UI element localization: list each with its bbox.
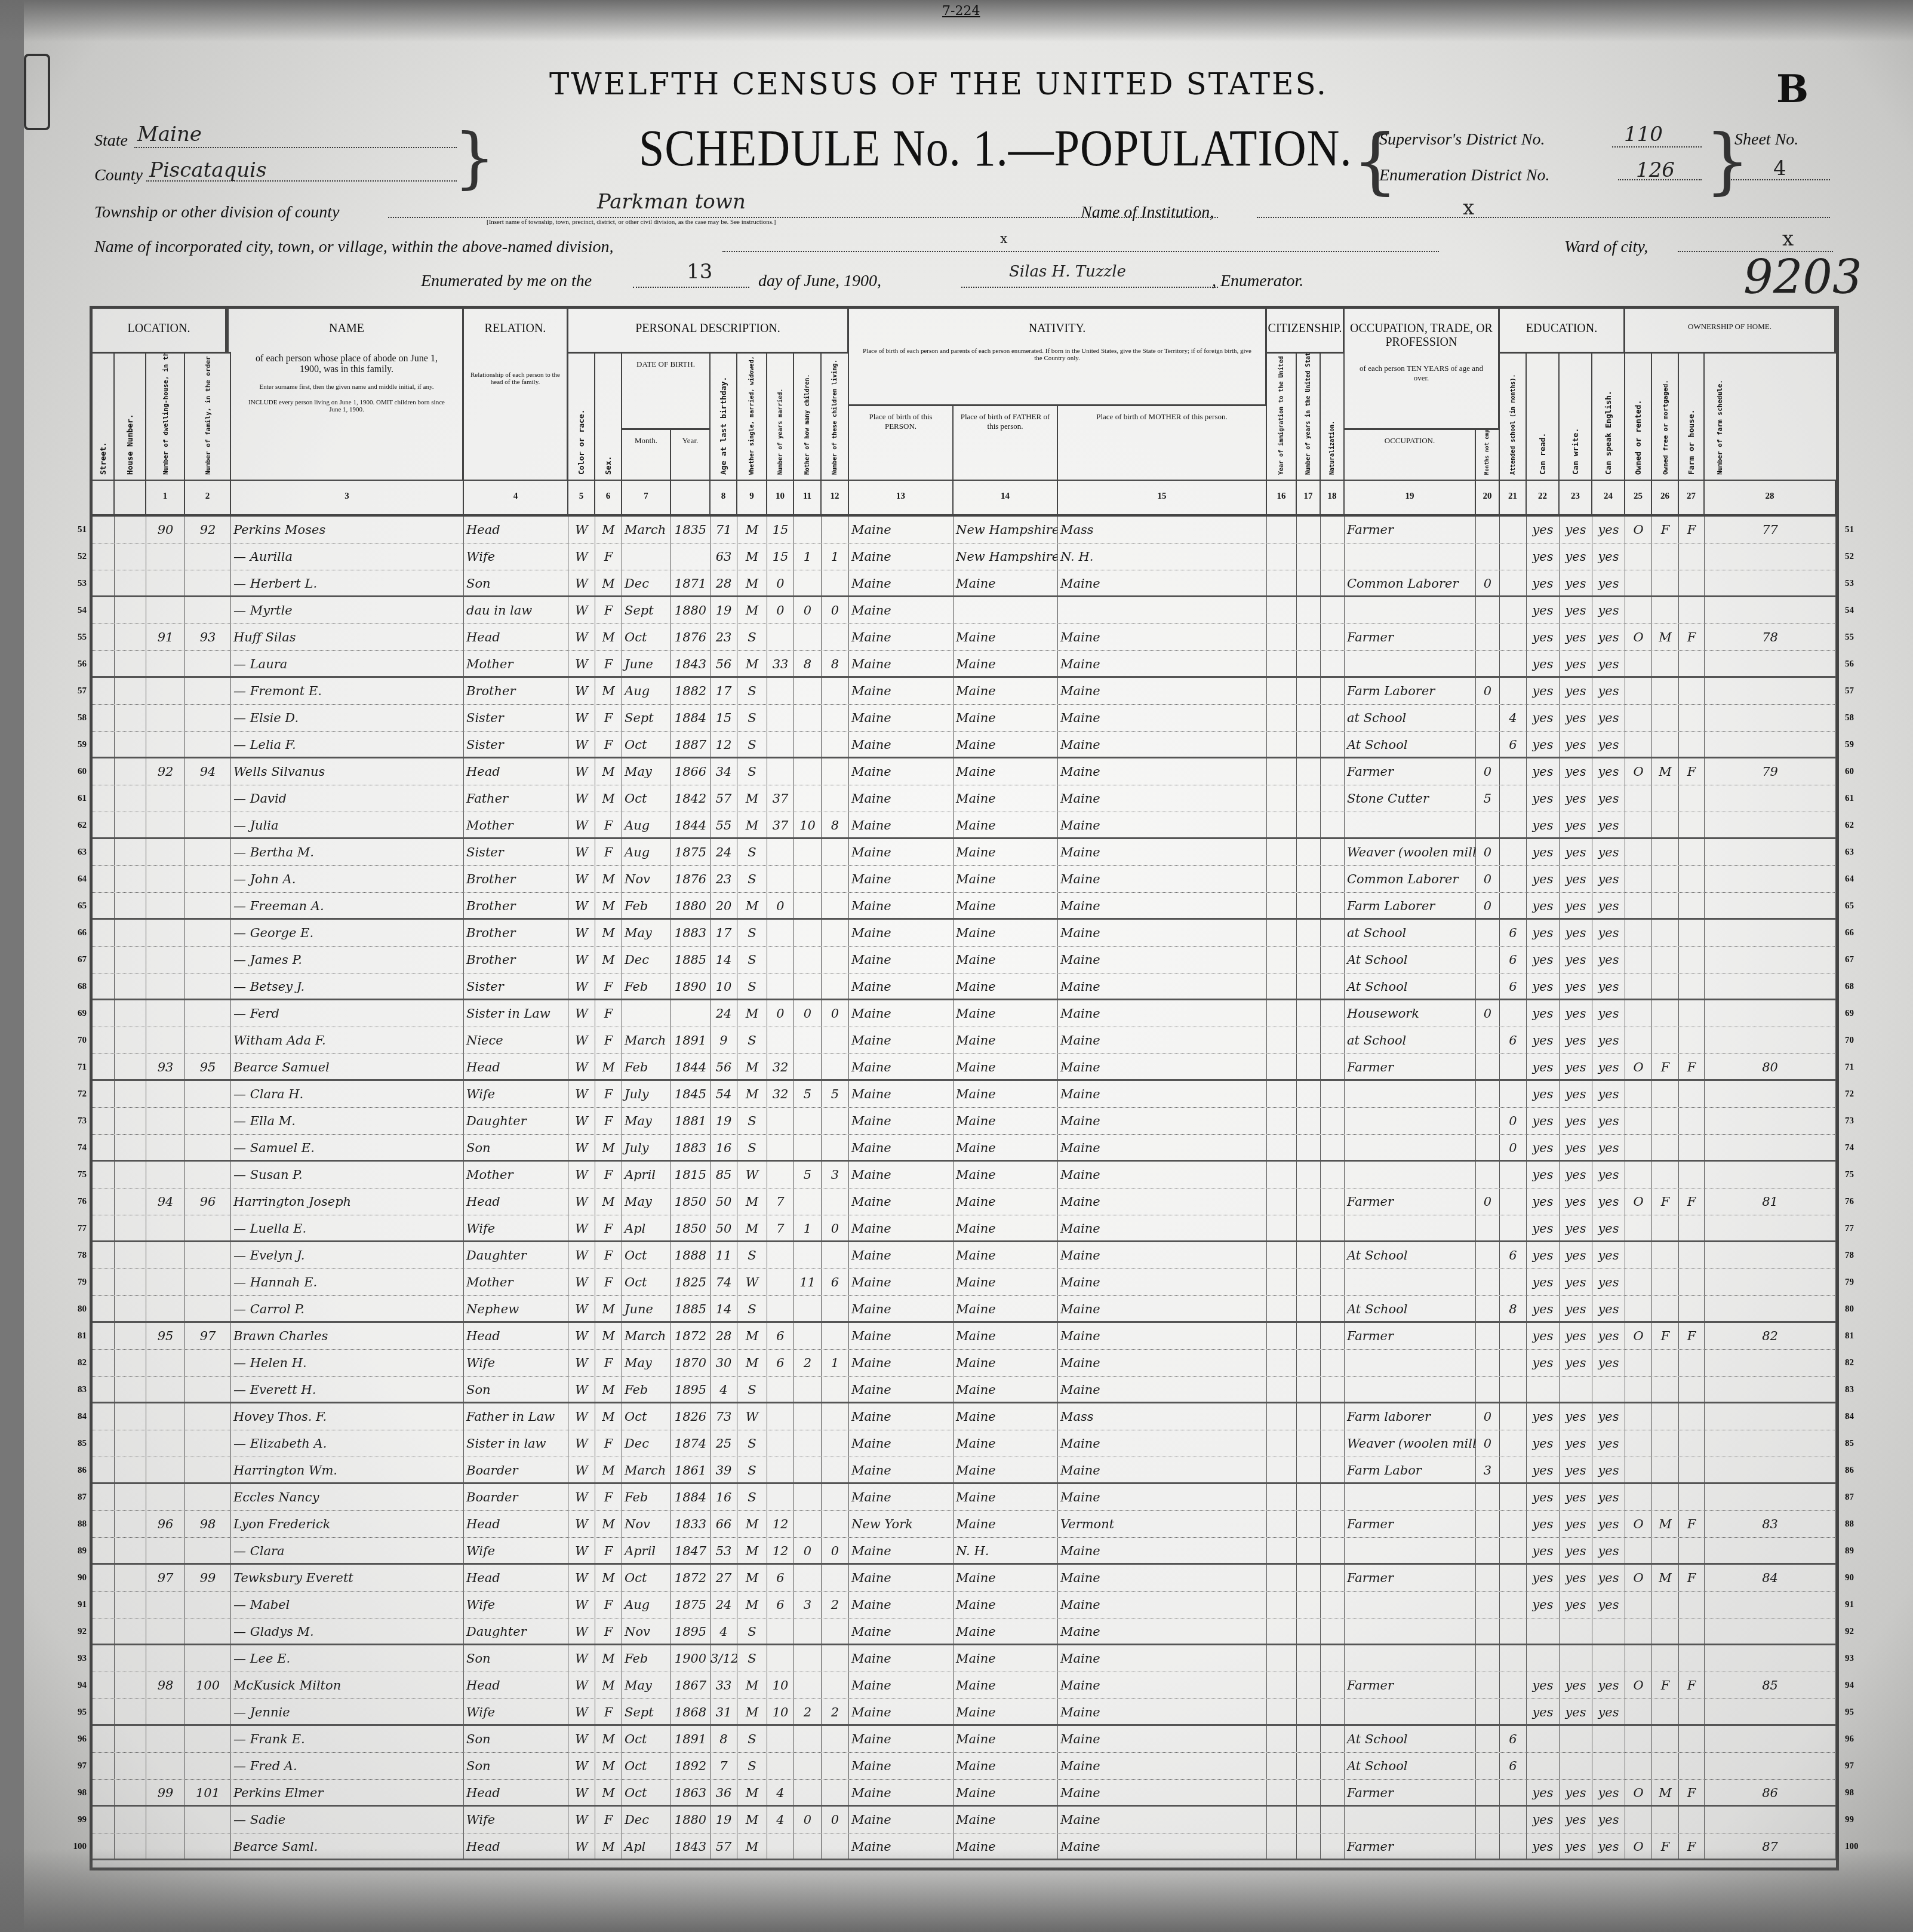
cell-mo [794, 1672, 822, 1698]
cell-unemp: 0 [1476, 839, 1500, 865]
cell-yus [1297, 597, 1321, 623]
cell-nat [1321, 1162, 1345, 1188]
cell-farm [1679, 1242, 1705, 1268]
cell-year: 1842 [671, 785, 711, 812]
cell-fam [185, 1108, 231, 1134]
cell-age: 53 [711, 1538, 737, 1563]
cell-dw [146, 1618, 185, 1644]
cell-pob: Maine [849, 1565, 954, 1591]
cell-rd: yes [1527, 1699, 1560, 1724]
cell-fs [1705, 1027, 1836, 1053]
cell-farm [1679, 1618, 1705, 1644]
cell-nat [1321, 543, 1345, 570]
cell-yus [1297, 1108, 1321, 1134]
cell-yus [1297, 839, 1321, 865]
cell-farm [1679, 1807, 1705, 1833]
cell-occ [1345, 1699, 1476, 1724]
cell-mar: W [737, 1403, 767, 1430]
cell-wr: yes [1560, 1188, 1592, 1215]
cell-own: O [1625, 517, 1652, 543]
cell-rel: Brother [464, 947, 568, 973]
cell-pobm: Maine [1058, 1242, 1267, 1268]
cell-rd: yes [1527, 1457, 1560, 1482]
cell-occ: At School [1345, 973, 1476, 999]
cell-name: — Lee E. [231, 1645, 464, 1672]
cell-imm [1267, 1780, 1297, 1805]
cell-street [93, 1457, 115, 1482]
cell-free [1652, 785, 1679, 812]
cell-mar: S [737, 1296, 767, 1321]
column-number: 18 [1321, 481, 1345, 514]
cell-dw [146, 785, 185, 812]
table-row: — Freeman A.BrotherWMFeb188020M0MaineMai… [93, 893, 1836, 920]
cell-sch [1500, 1592, 1527, 1618]
col-year: Year. [671, 428, 711, 480]
cell-rel: Head [464, 1188, 568, 1215]
cell-occ [1345, 597, 1476, 623]
cell-unemp [1476, 1350, 1500, 1376]
cell-ym: 37 [767, 812, 794, 837]
cell-rel: Son [464, 1753, 568, 1779]
cell-en [1592, 1645, 1625, 1672]
cell-sex: M [595, 1672, 622, 1698]
cell-pob: Maine [849, 1000, 954, 1027]
ward-label: Ward of city, [1564, 238, 1648, 257]
cell-mar: S [737, 1242, 767, 1268]
cell-mar: S [737, 1377, 767, 1402]
cell-pobm: Maine [1058, 732, 1267, 757]
column-number: 12 [822, 481, 849, 514]
cell-sch [1500, 1377, 1527, 1402]
cell-color: W [568, 543, 595, 570]
cell-liv: 0 [822, 597, 849, 623]
cell-fs [1705, 866, 1836, 892]
line-number: 56 [1845, 651, 1881, 678]
cell-mo [794, 973, 822, 999]
cell-sch [1500, 839, 1527, 865]
cell-fs [1705, 1296, 1836, 1321]
line-number-left: 88 [51, 1511, 87, 1538]
cell-year: 1835 [671, 517, 711, 543]
column-number: 5 [568, 481, 595, 514]
cell-fs [1705, 1377, 1836, 1402]
cell-mar: M [737, 893, 767, 918]
cell-pobm: Maine [1058, 1188, 1267, 1215]
cell-age: 24 [711, 1000, 737, 1027]
cell-wr: yes [1560, 1081, 1592, 1107]
cell-street [93, 758, 115, 785]
cell-street [93, 1296, 115, 1321]
cell-occ: Farmer [1345, 1511, 1476, 1537]
cell-wr: yes [1560, 1430, 1592, 1457]
cell-en: yes [1592, 1403, 1625, 1430]
line-number-left: 69 [51, 1000, 87, 1027]
cell-color: W [568, 1484, 595, 1510]
column-number: 28 [1705, 481, 1836, 514]
cell-pobf: Maine [954, 947, 1058, 973]
cell-age: 12 [711, 732, 737, 757]
cell-dw: 90 [146, 517, 185, 543]
cell-nat [1321, 1807, 1345, 1833]
cell-pob: Maine [849, 1807, 954, 1833]
cell-free: F [1652, 1188, 1679, 1215]
cell-house [115, 1672, 146, 1698]
cell-nat [1321, 1000, 1345, 1027]
cell-ym [767, 1457, 794, 1482]
cell-rd: yes [1527, 1511, 1560, 1537]
cell-nat [1321, 1672, 1345, 1698]
cell-yus [1297, 785, 1321, 812]
cell-unemp: 0 [1476, 1430, 1500, 1457]
col-naturalization: Naturalization. [1321, 352, 1345, 480]
cell-en: yes [1592, 1592, 1625, 1618]
cell-dw [146, 893, 185, 918]
cell-pob: Maine [849, 1135, 954, 1160]
cell-wr: yes [1560, 517, 1592, 543]
cell-free [1652, 947, 1679, 973]
cell-name: — Bertha M. [231, 839, 464, 865]
cell-pob: Maine [849, 839, 954, 865]
cell-age: 15 [711, 705, 737, 731]
cell-unemp [1476, 1807, 1500, 1833]
cell-own [1625, 1027, 1652, 1053]
cell-year: 1872 [671, 1323, 711, 1349]
cell-color: W [568, 1054, 595, 1079]
cell-age: 17 [711, 678, 737, 704]
line-number: 65 [1845, 893, 1881, 920]
cell-en: yes [1592, 1807, 1625, 1833]
form-number: 7-224 [942, 4, 980, 19]
cell-free [1652, 732, 1679, 757]
cell-wr: yes [1560, 920, 1592, 946]
cell-pob: Maine [849, 1108, 954, 1134]
enumeration-value: 126 [1636, 158, 1675, 182]
cell-month: Feb [622, 893, 671, 918]
cell-ym [767, 973, 794, 999]
cell-mo: 10 [794, 812, 822, 837]
cell-color: W [568, 920, 595, 946]
cell-pobm: Maine [1058, 1538, 1267, 1563]
cell-occ: Farmer [1345, 1054, 1476, 1079]
cell-mo [794, 1242, 822, 1268]
cell-name: — James P. [231, 947, 464, 973]
cell-farm [1679, 1457, 1705, 1482]
cell-rel: dau in law [464, 597, 568, 623]
cell-name: — Samuel E. [231, 1135, 464, 1160]
line-number: 79 [1845, 1269, 1881, 1296]
cell-pobm: Maine [1058, 1807, 1267, 1833]
cell-fs [1705, 812, 1836, 837]
col-write: Can write. [1560, 352, 1592, 480]
column-number: 27 [1679, 481, 1705, 514]
cell-en: yes [1592, 1215, 1625, 1240]
cell-mo [794, 1054, 822, 1079]
cell-pob: Maine [849, 517, 954, 543]
col-living: Number of these children living. [822, 352, 849, 480]
cell-house [115, 1753, 146, 1779]
cell-fam [185, 839, 231, 865]
cell-farm: F [1679, 517, 1705, 543]
cell-fs [1705, 597, 1836, 623]
cell-nat [1321, 678, 1345, 704]
cell-farm [1679, 651, 1705, 676]
cell-ym [767, 1027, 794, 1053]
cell-fam [185, 920, 231, 946]
cell-age: 56 [711, 1054, 737, 1079]
cell-name: McKusick Milton [231, 1672, 464, 1698]
cell-color: W [568, 1645, 595, 1672]
cell-color: W [568, 1538, 595, 1563]
cell-fam [185, 1135, 231, 1160]
cell-imm [1267, 758, 1297, 785]
cell-ym [767, 732, 794, 757]
cell-rel: Wife [464, 543, 568, 570]
cell-occ: Housework [1345, 1000, 1476, 1027]
cell-en: yes [1592, 1323, 1625, 1349]
cell-rel: Daughter [464, 1242, 568, 1268]
cell-own [1625, 1457, 1652, 1482]
cell-rel: Son [464, 1135, 568, 1160]
cell-fs [1705, 1618, 1836, 1644]
cell-year: 1872 [671, 1565, 711, 1591]
cell-name: — Gladys M. [231, 1618, 464, 1644]
cell-mo: 0 [794, 1807, 822, 1833]
cell-mo [794, 1780, 822, 1805]
cell-dw [146, 973, 185, 999]
cell-pobm: Maine [1058, 1000, 1267, 1027]
cell-month: Oct [622, 1242, 671, 1268]
cell-liv: 2 [822, 1592, 849, 1618]
cell-month: June [622, 651, 671, 676]
cell-rel: Son [464, 570, 568, 595]
cell-unemp [1476, 1296, 1500, 1321]
cell-street [93, 920, 115, 946]
stamp-number: 9203 [1743, 251, 1862, 305]
cell-pobf: Maine [954, 866, 1058, 892]
cell-nat [1321, 1726, 1345, 1752]
line-number: 52 [1845, 543, 1881, 570]
cell-house [115, 1618, 146, 1644]
cell-unemp [1476, 920, 1500, 946]
cell-fs: 84 [1705, 1565, 1836, 1591]
column-number-row: 1234567891011121314151617181920212223242… [93, 480, 1836, 517]
cell-wr: yes [1560, 651, 1592, 676]
cell-color: W [568, 1350, 595, 1376]
cell-name: — Carrol P. [231, 1296, 464, 1321]
cell-year: 1875 [671, 839, 711, 865]
cell-wr: yes [1560, 1807, 1592, 1833]
cell-ym [767, 1162, 794, 1188]
line-number: 78 [1845, 1242, 1881, 1269]
line-number-left: 53 [51, 570, 87, 597]
cell-pob: Maine [849, 1323, 954, 1349]
cell-rd [1527, 1645, 1560, 1672]
cell-unemp: 0 [1476, 678, 1500, 704]
cell-dw [146, 678, 185, 704]
cell-mar: M [737, 1323, 767, 1349]
cell-house [115, 597, 146, 623]
cell-sex: F [595, 1108, 622, 1134]
cell-yus [1297, 920, 1321, 946]
cell-en: yes [1592, 893, 1625, 918]
line-number: 90 [1845, 1565, 1881, 1592]
cell-fs [1705, 1726, 1836, 1752]
col-immigration: Year of immigration to the United States… [1267, 352, 1297, 480]
col-farm: Farm or house. [1679, 352, 1705, 480]
cell-fam: 100 [185, 1672, 231, 1698]
cell-rel: Daughter [464, 1108, 568, 1134]
cell-farm [1679, 1538, 1705, 1563]
cell-sex: F [595, 1484, 622, 1510]
cell-fam [185, 1081, 231, 1107]
cell-house [115, 785, 146, 812]
cell-imm [1267, 1457, 1297, 1482]
cell-nat [1321, 1081, 1345, 1107]
cell-name: — Everett H. [231, 1377, 464, 1402]
cell-liv [822, 570, 849, 595]
cell-color: W [568, 1135, 595, 1160]
cell-fam [185, 1699, 231, 1724]
cell-sex: M [595, 947, 622, 973]
cell-year: 1876 [671, 624, 711, 650]
cell-imm [1267, 1807, 1297, 1833]
cell-sch [1500, 1618, 1527, 1644]
cell-ym: 4 [767, 1780, 794, 1805]
cell-occ [1345, 1807, 1476, 1833]
cell-pob: Maine [849, 1780, 954, 1805]
cell-sex: M [595, 1188, 622, 1215]
cell-age: 14 [711, 1296, 737, 1321]
cell-ym: 15 [767, 543, 794, 570]
cell-own [1625, 920, 1652, 946]
col-color: Color or race. [568, 352, 595, 480]
cell-nat [1321, 1511, 1345, 1537]
cell-own [1625, 839, 1652, 865]
cell-name: — John A. [231, 866, 464, 892]
cell-farm [1679, 597, 1705, 623]
cell-sex: M [595, 1323, 622, 1349]
cell-occ [1345, 1618, 1476, 1644]
cell-pobf: Maine [954, 812, 1058, 837]
cell-mar: M [737, 1054, 767, 1079]
cell-sch [1500, 1430, 1527, 1457]
cell-wr: yes [1560, 1538, 1592, 1563]
cell-month: Oct [622, 1565, 671, 1591]
cell-year: 1885 [671, 947, 711, 973]
cell-age: 27 [711, 1565, 737, 1591]
cell-ym: 12 [767, 1511, 794, 1537]
cell-street [93, 1807, 115, 1833]
cell-house [115, 1377, 146, 1402]
cell-age: 39 [711, 1457, 737, 1482]
cell-wr: yes [1560, 1054, 1592, 1079]
line-number-left: 57 [51, 678, 87, 705]
cell-fs [1705, 1592, 1836, 1618]
cell-sch [1500, 1323, 1527, 1349]
cell-fs [1705, 1484, 1836, 1510]
cell-dw: 97 [146, 1565, 185, 1591]
cell-house [115, 1592, 146, 1618]
cell-name: — Helen H. [231, 1350, 464, 1376]
cell-dw [146, 1457, 185, 1482]
cell-free: M [1652, 624, 1679, 650]
cell-color: W [568, 705, 595, 731]
cell-ym [767, 1135, 794, 1160]
cell-occ: Farmer [1345, 1188, 1476, 1215]
cell-mar: S [737, 732, 767, 757]
cell-fs [1705, 1699, 1836, 1724]
cell-mo [794, 1296, 822, 1321]
cell-pob: Maine [849, 624, 954, 650]
cell-mo [794, 1188, 822, 1215]
cell-unemp [1476, 1323, 1500, 1349]
table-row: 9294Wells SilvanusHeadWMMay186634SMaineM… [93, 758, 1836, 785]
cell-year: 1880 [671, 597, 711, 623]
cell-house [115, 1699, 146, 1724]
cell-occ [1345, 812, 1476, 837]
cell-fam [185, 678, 231, 704]
cell-name: — Julia [231, 812, 464, 837]
book-binding [0, 0, 24, 1932]
cell-pobm: Maine [1058, 893, 1267, 918]
cell-street [93, 1108, 115, 1134]
cell-pobf: Maine [954, 570, 1058, 595]
cell-farm [1679, 732, 1705, 757]
cell-fam [185, 1726, 231, 1752]
line-number-left: 94 [51, 1672, 87, 1699]
cell-imm [1267, 973, 1297, 999]
cell-pob: Maine [849, 570, 954, 595]
cell-en: yes [1592, 570, 1625, 595]
cell-wr: yes [1560, 1000, 1592, 1027]
cell-sch [1500, 678, 1527, 704]
cell-liv [822, 678, 849, 704]
cell-age: 24 [711, 1592, 737, 1618]
cell-mo: 1 [794, 543, 822, 570]
cell-yus [1297, 1592, 1321, 1618]
cell-pobm: Mass [1058, 517, 1267, 543]
cell-year: 1826 [671, 1403, 711, 1430]
table-row: — JuliaMotherWFAug184455M37108MaineMaine… [93, 812, 1836, 839]
cell-fam: 92 [185, 517, 231, 543]
cell-name: Perkins Moses [231, 517, 464, 543]
cell-en: yes [1592, 597, 1625, 623]
cell-dw [146, 1430, 185, 1457]
cell-nat [1321, 812, 1345, 837]
cell-fs [1705, 1457, 1836, 1482]
cell-house [115, 1242, 146, 1268]
cell-sch [1500, 1000, 1527, 1027]
cell-rel: Father [464, 785, 568, 812]
cell-name: Witham Ada F. [231, 1027, 464, 1053]
cell-rd: yes [1527, 543, 1560, 570]
line-number-left: 56 [51, 651, 87, 678]
cell-dw [146, 1645, 185, 1672]
cell-name: — Fremont E. [231, 678, 464, 704]
line-number: 51 [1845, 517, 1881, 543]
cell-pobm: Maine [1058, 973, 1267, 999]
cell-age: 28 [711, 1323, 737, 1349]
column-number: 22 [1527, 481, 1560, 514]
cell-pob: Maine [849, 1672, 954, 1698]
state-label: State [94, 131, 128, 150]
cell-free [1652, 1135, 1679, 1160]
cell-unemp: 3 [1476, 1457, 1500, 1482]
cell-occ [1345, 1377, 1476, 1402]
cell-imm [1267, 1350, 1297, 1376]
cell-rel: Mother [464, 1269, 568, 1295]
cell-own: O [1625, 1323, 1652, 1349]
